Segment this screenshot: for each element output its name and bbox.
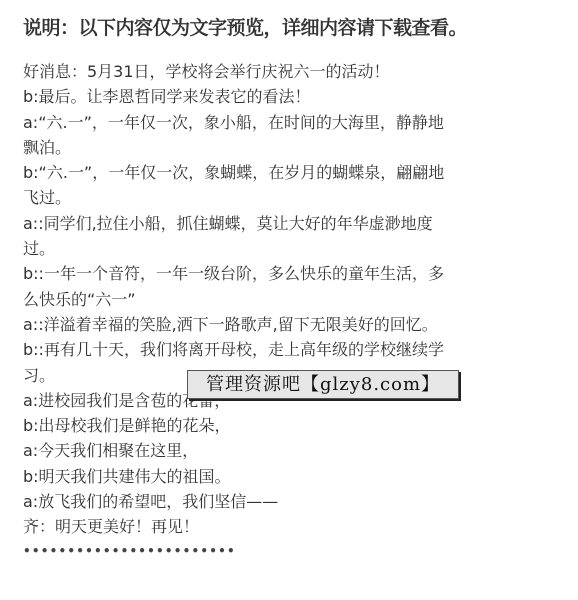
text-line: a:“六.一”，一年仅一次，象小船，在时间的大海里，静静地 — [23, 110, 551, 135]
text-line: b::再有几十天，我们将离开母校，走上高年级的学校继续学 — [23, 337, 551, 362]
watermark-banner: 管理资源吧【glzy8.com】 — [187, 370, 459, 399]
document-body: 好消息：5月31日，学校将会举行庆祝六一的活动！ b:最后。让李恩哲同学来发表它… — [23, 59, 551, 567]
text-line: a:放飞我们的希望吧，我们坚信—— — [23, 489, 551, 514]
text-line: a:今天我们相聚在这里， — [23, 438, 551, 463]
text-line: 过。 — [23, 236, 551, 261]
text-line: a::同学们,拉住小船，抓住蝴蝶，莫让大好的年华虚渺地度 — [23, 211, 551, 236]
text-line: b::一年一个音符，一年一级台阶，多么快乐的童年生活，多 — [23, 261, 551, 286]
text-line: b:明天我们共建伟大的祖国。 — [23, 464, 551, 489]
text-line: a::洋溢着幸福的笑脸,洒下一路歌声,留下无限美好的回忆。 — [23, 312, 551, 337]
text-line: 飞过。 — [23, 185, 551, 210]
text-line: 齐：明天更美好！再见！ — [23, 514, 551, 539]
text-line: 么快乐的“六一” — [23, 287, 551, 312]
text-line: 好消息：5月31日，学校将会举行庆祝六一的活动！ — [23, 59, 551, 84]
preview-notice: 说明：以下内容仅为文字预览，详细内容请下载查看。 — [23, 16, 467, 40]
text-line: b:最后。让李恩哲同学来发表它的看法！ — [23, 84, 551, 109]
text-line: b:“六.一”，一年仅一次，象蝴蝶，在岁月的蝴蝶泉，翩翩地 — [23, 160, 551, 185]
dotted-separator: •••••••••••••••••••••••• — [23, 542, 551, 567]
text-line: 飘泊。 — [23, 135, 551, 160]
text-line: b:出母校我们是鲜艳的花朵， — [23, 413, 551, 438]
